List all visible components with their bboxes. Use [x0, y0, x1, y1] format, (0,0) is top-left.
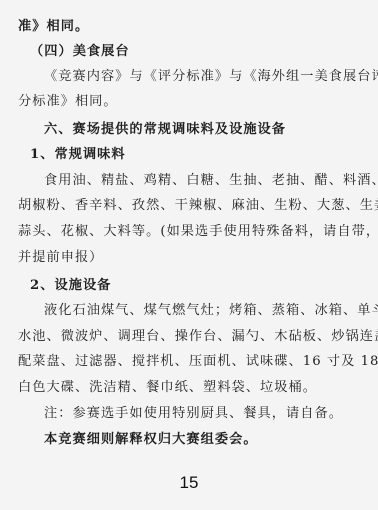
paragraph-line: 胡椒粉、香辛料、孜然、干辣椒、麻油、生粉、大葱、生姜、: [18, 197, 362, 215]
paragraph-line: 蒜头、花椒、大料等。(如果选手使用特殊备料，请自带，: [18, 223, 362, 241]
paragraph-line: 白色大碟、洗洁精、餐巾纸、塑料袋、垃圾桶。: [18, 379, 364, 397]
section-heading-seasonings-equipment: 六、赛场提供的常规调味料及设施设备: [44, 121, 378, 139]
paragraph-line: 分标准》相同。: [18, 93, 364, 111]
note-line: 注：参赛选手如使用特别厨具、餐具，请自备。: [44, 405, 378, 423]
paragraph-line: 液化石油煤气、煤气燃气灶；烤箱、蒸箱、冰箱、单斗: [44, 302, 362, 320]
paragraph-continuation: 准》相同。: [18, 18, 364, 36]
page-number: 15: [0, 473, 378, 493]
paragraph-line: 并提前申报）: [18, 249, 364, 267]
paragraph-line: 《竞赛内容》与《评分标准》与《海外组一美食展台评: [44, 68, 362, 86]
paragraph-line: 食用油、精盐、鸡精、白糖、生抽、老抽、醋、料酒、: [44, 172, 362, 190]
section-heading-food-display: （四）美食展台: [30, 43, 376, 61]
subheading-equipment: 2、设施设备: [30, 277, 376, 295]
subheading-seasonings: 1、常规调味料: [30, 146, 376, 164]
closing-statement: 本竞赛细则解释权归大赛组委会。: [44, 431, 378, 449]
paragraph-line: 配菜盘、过滤器、搅拌机、压面机、试味碟、16 寸及 18 寸: [18, 353, 362, 371]
paragraph-line: 水池、微波炉、调理台、操作台、漏勺、木砧板、炒锅连盖、: [18, 328, 362, 346]
document-page: 准》相同。 （四）美食展台 《竞赛内容》与《评分标准》与《海外组一美食展台评 分…: [0, 0, 378, 510]
